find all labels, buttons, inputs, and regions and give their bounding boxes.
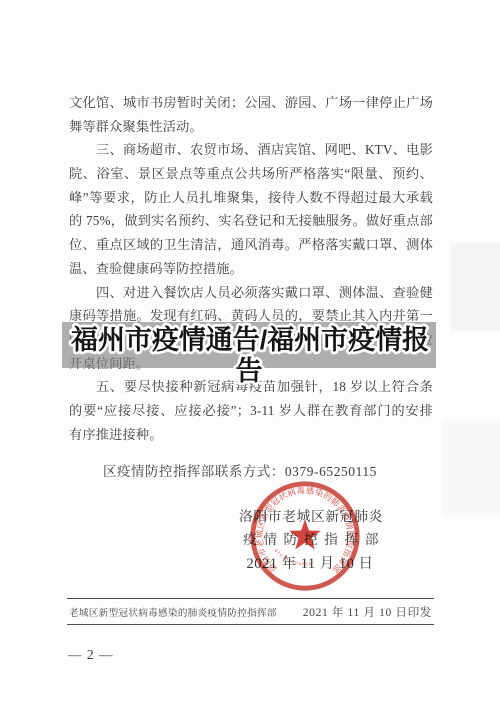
footer-rule-top <box>67 598 434 599</box>
footer-print-date: 2021 年 11 月 10 日印发 <box>303 604 432 620</box>
body-line: 四、对进入餐饮店人员必须落实戴口罩、测体温、查验健 <box>69 281 433 305</box>
page-number: — 2 — <box>68 647 114 663</box>
body-line: 文化馆、城市书房暂时关闭；公园、游园、广场一律停止广场 <box>69 91 433 115</box>
footer-row: 老城区新型冠状病毒感染的肺炎疫情防控指挥部 2021 年 11 月 10 日印发 <box>69 604 432 620</box>
official-seal: 洛阳市老城区新型冠状病毒感染的肺炎疫情防控指挥部 410302006850 <box>247 478 363 594</box>
seal-serial-number: 410302006850 <box>273 549 313 568</box>
body-line: 院、浴室、景区景点等重点公共场所严格落实“限量、预约、错 <box>69 162 433 186</box>
body-line: 的要“应接尽接、应接必接”；3-11 岁人群在教育部门的安排下， <box>69 399 433 423</box>
body-text: 文化馆、城市书房暂时关闭；公园、游园、广场一律停止广场舞等群众聚集性活动。三、商… <box>69 91 433 446</box>
seal-star-icon <box>289 520 320 550</box>
document-page: 文化馆、城市书房暂时关闭；公园、游园、广场一律停止广场舞等群众聚集性活动。三、商… <box>0 0 500 707</box>
body-line-fragment: 告，拉 <box>393 328 433 352</box>
body-line: 舞等群众聚集性活动。 <box>69 115 433 139</box>
body-line: 的 75%，做到实名预约、实名登记和无接触服务。做好重点部 <box>69 209 433 233</box>
footer-rule-bottom <box>67 624 434 625</box>
body-line: 五、要尽快接种新冠病毒疫苗加强针，18 岁以上符合条件 <box>69 375 433 399</box>
scan-artifact <box>442 420 500 516</box>
body-line: 峰”等要求，防止人员扎堆聚集，接待人数不得超过最大承载量 <box>69 186 433 210</box>
footer-issuer: 老城区新型冠状病毒感染的肺炎疫情防控指挥部 <box>69 605 277 619</box>
body-line: 温、查验健康码等防控措施。 <box>69 257 433 281</box>
body-line: 位、重点区域的卫生清洁，通风消毒。严格落实戴口罩、测体 <box>69 233 433 257</box>
body-line: 有序推进接种。 <box>69 423 433 447</box>
scan-artifact <box>450 243 500 331</box>
body-line: 开桌位间距。 <box>69 352 433 376</box>
body-line-fragment: 时 <box>69 328 82 352</box>
body-line: 三、商场超市、农贸市场、酒店宾馆、网吧、KTV、电影 <box>69 138 433 162</box>
body-line: 时告，拉 <box>69 328 433 352</box>
body-line: 康码等措施。发现有红码、黄码人员的，要禁止其入内并第一 <box>69 304 433 328</box>
